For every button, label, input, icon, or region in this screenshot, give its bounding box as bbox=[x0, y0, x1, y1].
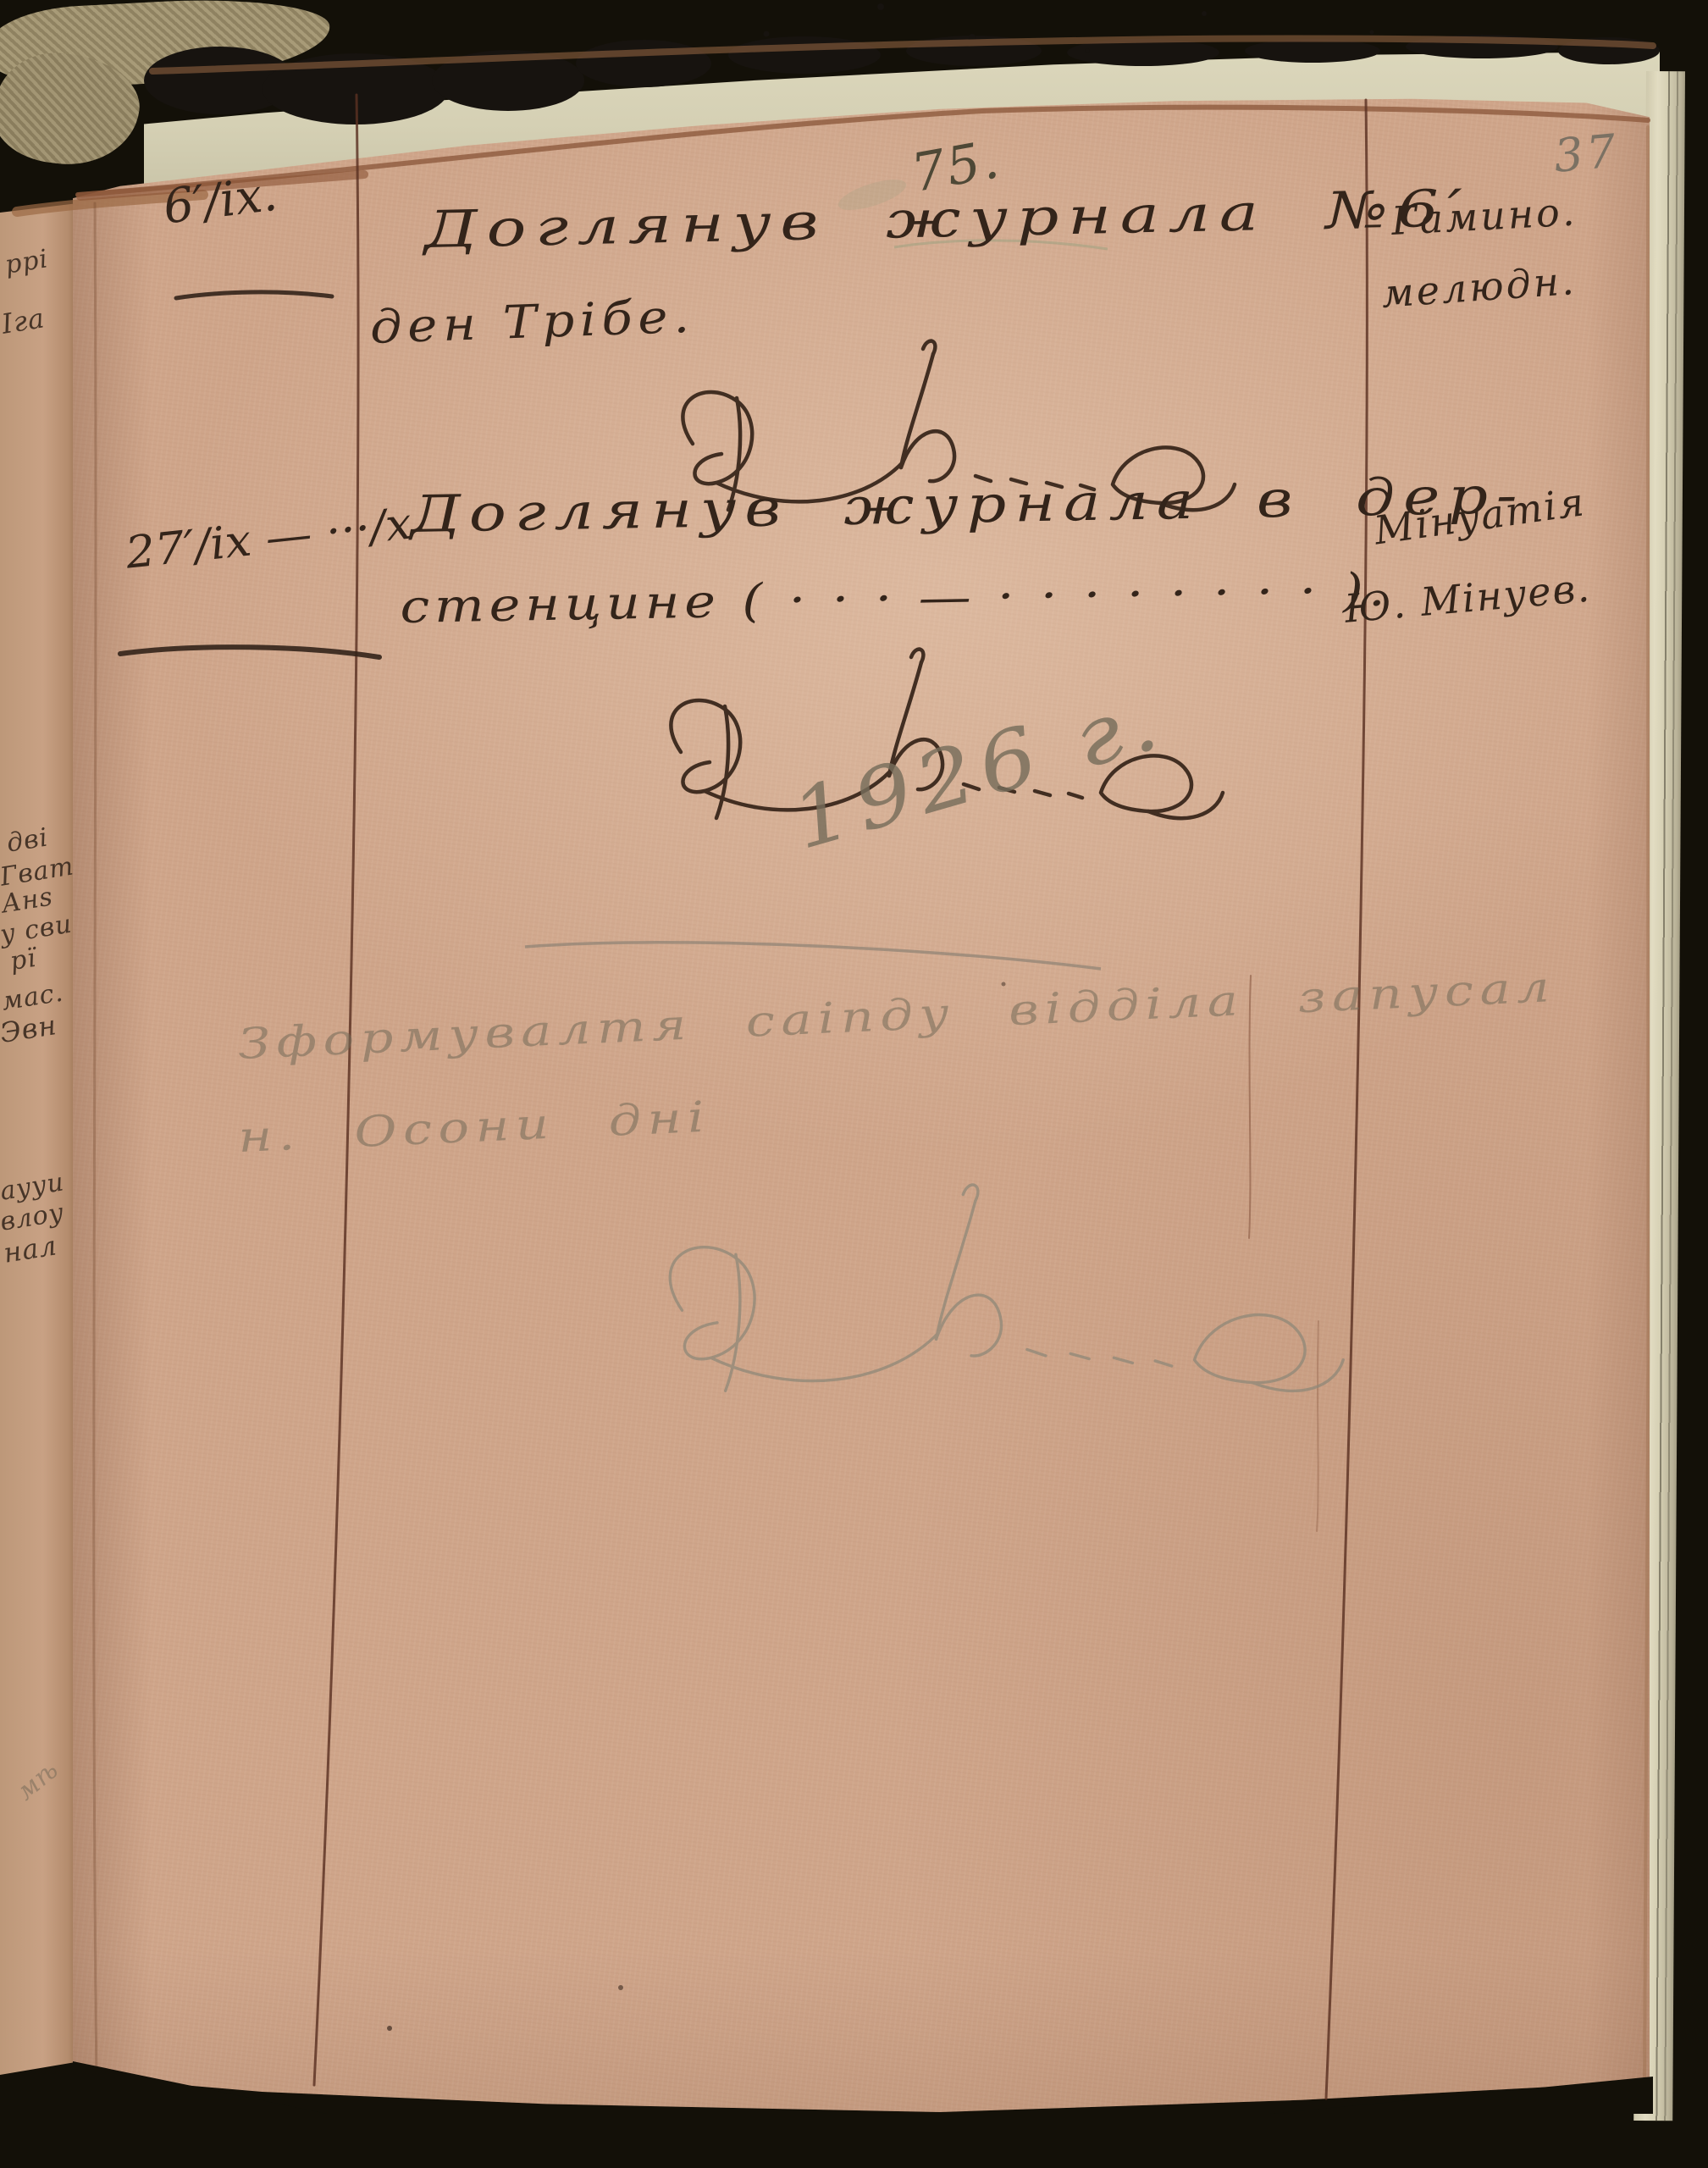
page-number-corner: 37 bbox=[1552, 128, 1621, 179]
page-paper bbox=[73, 85, 1650, 2112]
margin-fragment: ррі bbox=[3, 244, 51, 280]
entry-date: 6′/ix. bbox=[161, 171, 279, 232]
entry-text-line: ден Трібе. bbox=[369, 294, 695, 351]
margin-fragment: рї bbox=[8, 943, 38, 976]
scanned-register-page: ррі Іга дві Гват Анѕ у сви рї мас. Эвн а… bbox=[0, 0, 1708, 2168]
previous-page-edge: ррі Іга дві Гват Анѕ у сви рї мас. Эвн а… bbox=[0, 203, 78, 2075]
side-note-line: Гамино. bbox=[1390, 192, 1578, 241]
margin-fragment-pencil: мѣ bbox=[11, 1755, 64, 1806]
margin-fragment: дві bbox=[5, 822, 51, 858]
margin-fragment: мас. bbox=[0, 977, 65, 1016]
margin-fragment: Іга bbox=[0, 301, 47, 340]
